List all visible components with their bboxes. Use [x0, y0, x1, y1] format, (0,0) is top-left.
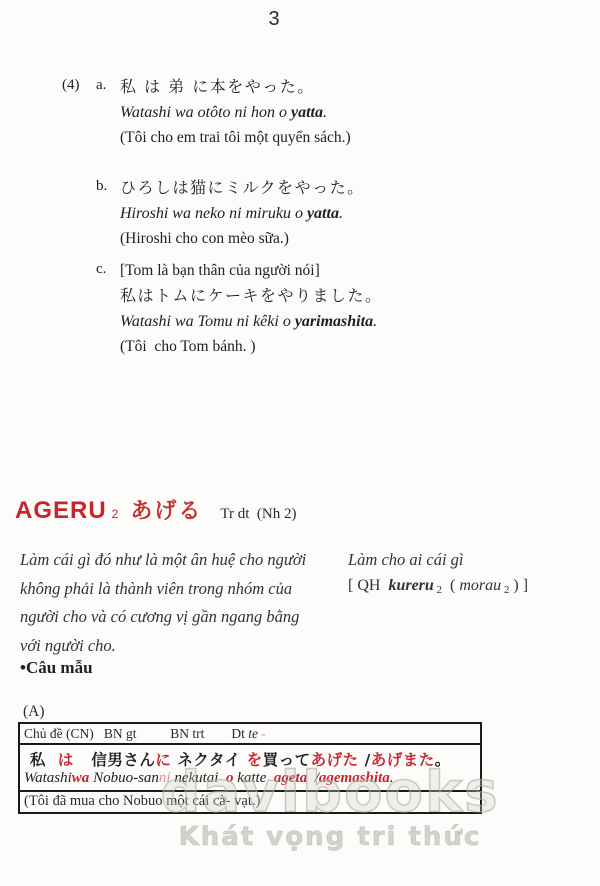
- scanned-book-page: 3 (4) a. 私 は 弟 に本をやった。 Watashi wa otôto …: [0, 0, 600, 886]
- text-segment: あげまた: [371, 751, 435, 769]
- text-segment: /: [307, 770, 319, 786]
- example-item-body: 私 は 弟 に本をやった。 Watashi wa otôto ni hon o …: [120, 74, 532, 150]
- text-segment: に: [155, 751, 171, 769]
- example-group-spacer: [62, 258, 96, 359]
- text-segment: Watashi: [24, 770, 72, 786]
- example-item-c: c. [Tom là bạn thân của người nói] 私はトムに…: [62, 258, 532, 359]
- entry-headword-index: 2: [112, 507, 119, 521]
- japanese-sentence: ひろしは猫にミルクをやった。: [120, 175, 532, 201]
- text-segment: ) ]: [509, 577, 528, 594]
- romaji-sentence: Watashi wa Tomu ni kêki o yarimashita.: [120, 309, 532, 334]
- entry-header: AGERU 2 あげる Tr dt (Nh 2): [15, 494, 297, 525]
- vietnamese-translation: (Tôi cho em trai tôi một quyển sách.): [120, 125, 532, 150]
- romaji-sentence: Hiroshi wa neko ni miruku o yatta.: [120, 201, 532, 226]
- text-segment: Nobuo-san: [89, 770, 159, 786]
- text-segment: .: [390, 770, 394, 786]
- related-expressions: [ QH kureru 2 ( morau 2 ) ]: [348, 577, 528, 596]
- text-segment: .: [339, 205, 343, 222]
- example-item-body: [Tom là bạn thân của người nói] 私はトムにケーキ…: [120, 258, 532, 359]
- entry-part-of-speech: Tr dt (Nh 2): [220, 506, 296, 523]
- sample-sentence-table: Chủ đề (CN) BN gt BN trt Dt te - 私 は 信男さ…: [18, 722, 482, 814]
- entry-meaning-right-text: Làm cho ai cái gì: [348, 546, 528, 574]
- example-group-label: (4): [62, 74, 96, 150]
- table-romaji-row: Watashiwa Nobuo-sanni nekutai o katte ag…: [20, 770, 480, 790]
- text-segment: yatta: [291, 104, 323, 121]
- text-segment: あげた: [311, 751, 359, 769]
- table-vietnamese-row: (Tôi đã mua cho Nobuo một cái cà- vạt.): [20, 790, 480, 812]
- table-japanese-row: 私 は 信男さんに ネクタイ を買ってあげた /あげまた。: [20, 745, 480, 770]
- text-segment: nekutai: [171, 770, 226, 786]
- text-segment: .: [373, 313, 377, 330]
- entry-kana: あげる: [130, 494, 202, 525]
- text-segment: ネクタイ: [171, 751, 246, 769]
- page-number: 3: [0, 8, 548, 31]
- text-segment: kureru: [388, 577, 433, 594]
- text-segment: morau: [459, 577, 501, 594]
- example-item-body: ひろしは猫にミルクをやった。 Hiroshi wa neko ni miruku…: [120, 175, 532, 251]
- entry-meaning-right: Làm cho ai cái gì [ QH kureru 2 ( morau …: [348, 546, 528, 660]
- japanese-sentence: 私 は 弟 に本をやった。: [120, 74, 532, 100]
- context-note: [Tom là bạn thân của người nói]: [120, 258, 532, 283]
- text-segment: Watashi wa Tomu ni kêki o: [120, 313, 295, 330]
- vietnamese-translation: (Tôi cho Tom bánh. ): [120, 334, 532, 359]
- text-segment: /: [359, 751, 371, 769]
- example-item-b: b. ひろしは猫にミルクをやった。 Hiroshi wa neko ni mir…: [62, 175, 532, 251]
- text-segment: Hiroshi wa neko ni miruku o: [120, 205, 307, 222]
- text-segment: wa: [72, 770, 90, 786]
- entry-meanings: Làm cái gì đó như là một ân huệ cho ngườ…: [20, 546, 582, 660]
- text-segment: 。: [435, 751, 451, 769]
- text-segment: [ QH: [348, 577, 388, 594]
- example-item-label: b.: [96, 175, 120, 251]
- table-header-row: Chủ đề (CN) BN gt BN trt Dt te -: [20, 724, 480, 745]
- text-segment: .: [323, 104, 327, 121]
- text-segment: を: [247, 751, 263, 769]
- text-segment: katte: [233, 770, 273, 786]
- text-segment: 買って: [263, 751, 311, 769]
- example-group-spacer: [62, 175, 96, 251]
- example-item-a: (4) a. 私 は 弟 に本をやった。 Watashi wa otôto ni…: [62, 74, 532, 150]
- example-group-4: (4) a. 私 は 弟 に本をやった。 Watashi wa otôto ni…: [62, 74, 532, 359]
- japanese-sentence: 私はトムにケーキをやりました。: [120, 283, 532, 309]
- text-segment: agemashita: [319, 770, 390, 786]
- text-segment: -: [258, 726, 266, 741]
- sample-section-heading: •Câu mẫu: [20, 658, 93, 678]
- example-item-label: c.: [96, 258, 120, 359]
- watermark-slogan: Khát vọng tri thức: [150, 822, 510, 852]
- text-segment: (: [442, 577, 459, 594]
- text-segment: 信男さん: [74, 751, 156, 769]
- text-segment: ni: [159, 770, 171, 786]
- sample-block-label: (A): [23, 703, 45, 721]
- text-segment: は: [58, 751, 74, 769]
- text-segment: yarimashita: [295, 313, 373, 330]
- example-item-label: a.: [96, 74, 120, 150]
- text-segment: ageta: [274, 770, 307, 786]
- text-segment: Watashi wa otôto ni hon o: [120, 104, 291, 121]
- text-segment: te: [248, 726, 258, 741]
- vietnamese-translation: (Hiroshi cho con mèo sữa.): [120, 226, 532, 251]
- text-segment: Chủ đề (CN) BN gt BN trt Dt: [24, 726, 248, 741]
- romaji-sentence: Watashi wa otôto ni hon o yatta.: [120, 100, 532, 125]
- entry-headword: AGERU: [15, 497, 107, 525]
- text-segment: 私: [24, 751, 58, 769]
- text-segment: yatta: [307, 205, 339, 222]
- entry-meaning-left: Làm cái gì đó như là một ân huệ cho ngườ…: [20, 546, 322, 660]
- text-segment: 2: [434, 584, 442, 596]
